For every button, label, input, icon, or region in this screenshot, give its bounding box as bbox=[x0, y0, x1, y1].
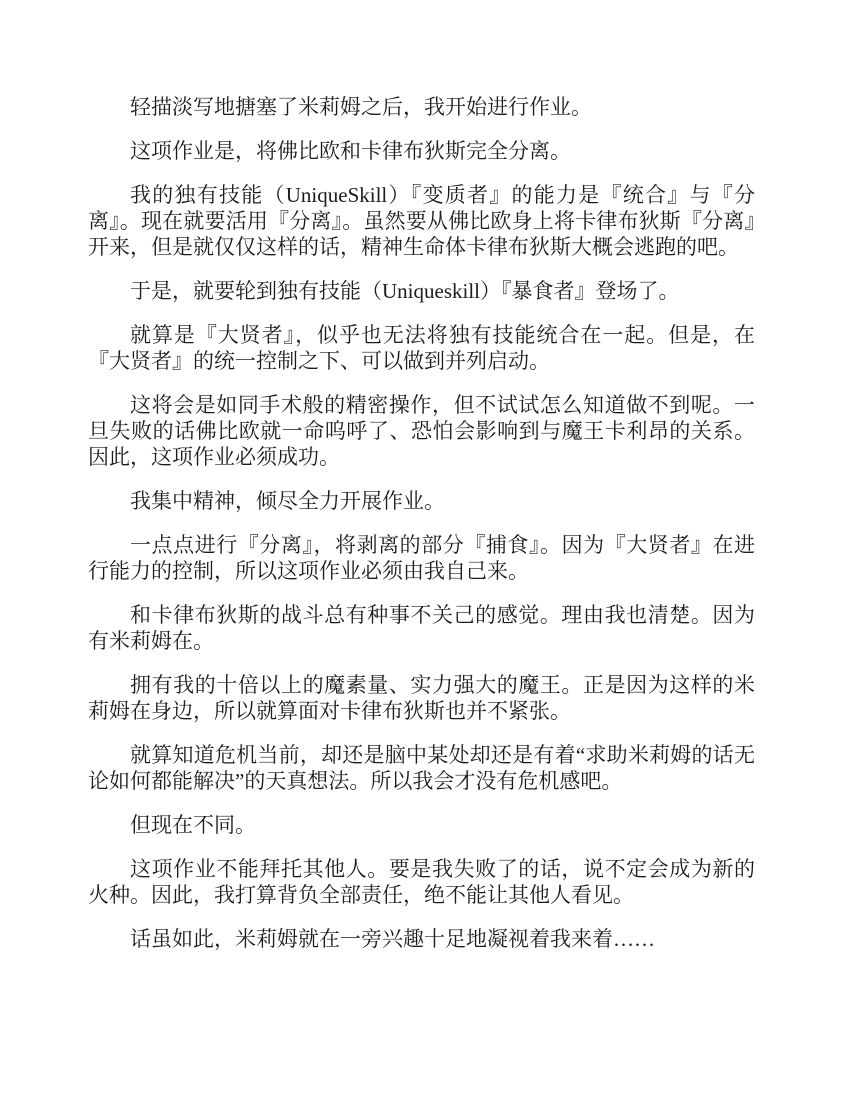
document-page: 轻描淡写地搪塞了米莉姆之后，我开始进行作业。 这项作业是，将佛比欧和卡律布狄斯完… bbox=[88, 94, 755, 970]
paragraph: 就算是『大贤者』，似乎也无法将独有技能统合在一起。但是，在『大贤者』的统一控制之… bbox=[88, 322, 755, 374]
paragraph: 于是，就要轮到独有技能（Uniqueskill）『暴食者』登场了。 bbox=[88, 278, 755, 304]
paragraph: 我集中精神，倾尽全力开展作业。 bbox=[88, 488, 755, 514]
paragraph: 话虽如此，米莉姆就在一旁兴趣十足地凝视着我来着…… bbox=[88, 926, 755, 952]
paragraph: 这项作业不能拜托其他人。要是我失败了的话，说不定会成为新的火种。因此，我打算背负… bbox=[88, 856, 755, 908]
paragraph: 我的独有技能（UniqueSkill）『变质者』的能力是『统合』与『分离』。现在… bbox=[88, 182, 755, 260]
paragraph: 和卡律布狄斯的战斗总有种事不关己的感觉。理由我也清楚。因为有米莉姆在。 bbox=[88, 602, 755, 654]
paragraph: 但现在不同。 bbox=[88, 812, 755, 838]
paragraph: 一点点进行『分离』，将剥离的部分『捕食』。因为『大贤者』在进行能力的控制，所以这… bbox=[88, 532, 755, 584]
paragraph: 就算知道危机当前，却还是脑中某处却还是有着“求助米莉姆的话无论如何都能解决”的天… bbox=[88, 742, 755, 794]
paragraph: 这项作业是，将佛比欧和卡律布狄斯完全分离。 bbox=[88, 138, 755, 164]
paragraph: 轻描淡写地搪塞了米莉姆之后，我开始进行作业。 bbox=[88, 94, 755, 120]
paragraph: 这将会是如同手术般的精密操作，但不试试怎么知道做不到呢。一旦失败的话佛比欧就一命… bbox=[88, 392, 755, 470]
paragraph: 拥有我的十倍以上的魔素量、实力强大的魔王。正是因为这样的米莉姆在身边，所以就算面… bbox=[88, 672, 755, 724]
